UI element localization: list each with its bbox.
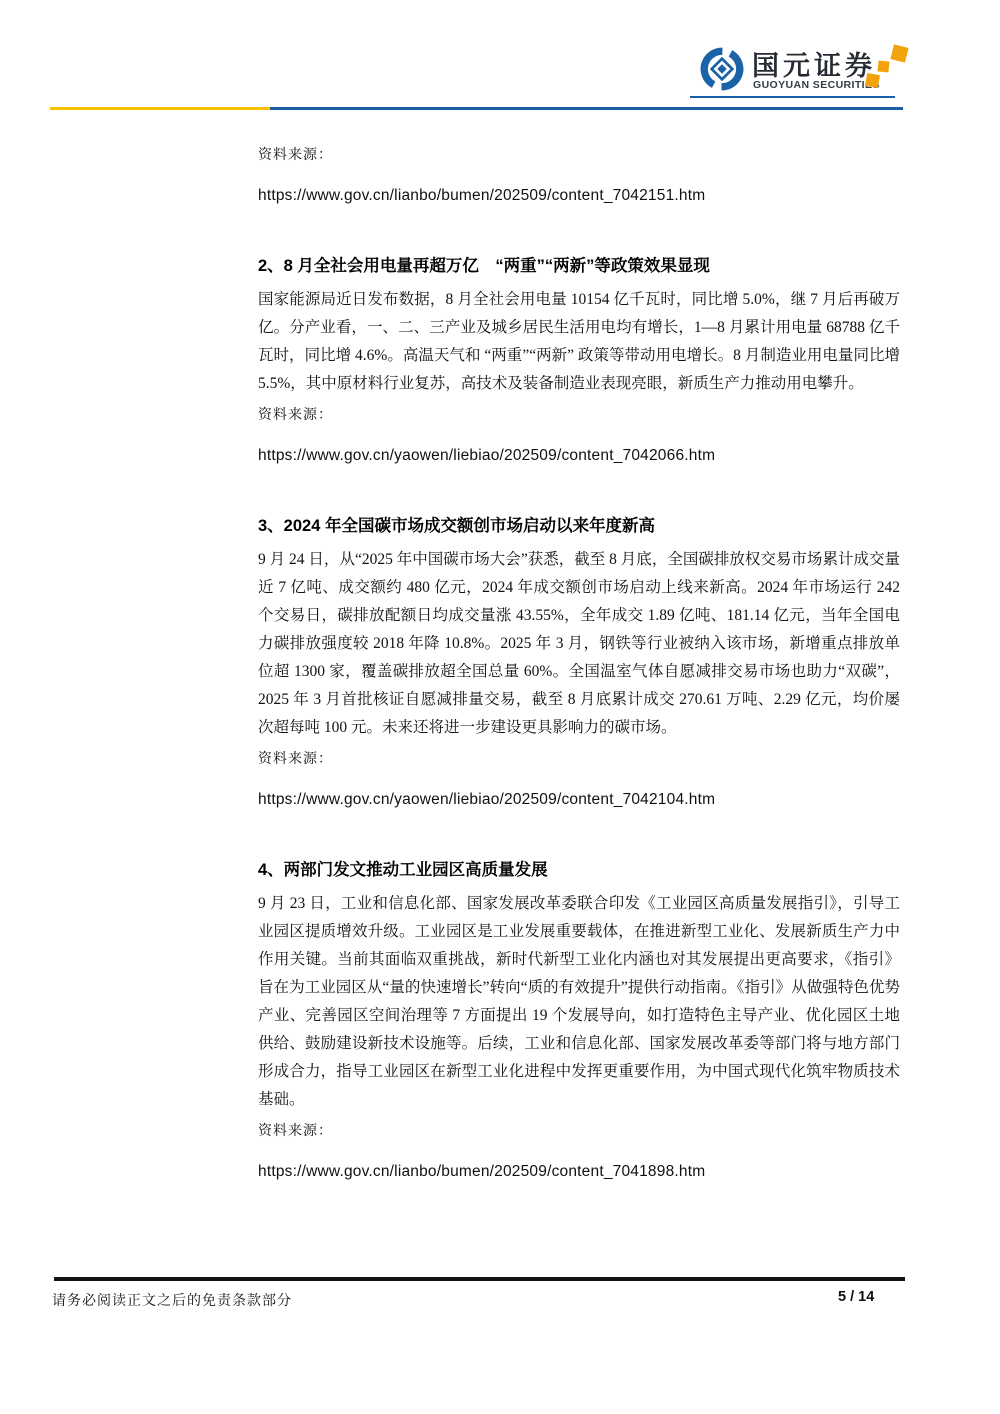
section-paragraph: 9 月 23 日，工业和信息化部、国家发展改革委联合印发《工业园区高质量发展指引… <box>258 890 900 1114</box>
source-label: 资料来源： <box>258 1122 900 1142</box>
section-heading: 2、8 月全社会用电量再超万亿 “两重”“两新”等政策效果显现 <box>258 254 900 278</box>
source-label: 资料来源： <box>258 406 900 426</box>
footer-disclaimer: 请务必阅读正文之后的免责条款部分 <box>52 1290 292 1310</box>
source-url-link[interactable]: https://www.gov.cn/yaowen/liebiao/202509… <box>258 446 900 466</box>
source-label: 资料来源： <box>258 146 900 166</box>
section-heading: 4、两部门发文推动工业园区高质量发展 <box>258 858 900 882</box>
report-body: 资料来源： https://www.gov.cn/lianbo/bumen/20… <box>258 0 900 1182</box>
section-paragraph: 国家能源局近日发布数据，8 月全社会用电量 10154 亿千瓦时，同比增 5.0… <box>258 286 900 398</box>
section-heading: 3、2024 年全国碳市场成交额创市场启动以来年度新高 <box>258 514 900 538</box>
source-url-link[interactable]: https://www.gov.cn/lianbo/bumen/202509/c… <box>258 186 900 206</box>
header-rule-gold <box>50 107 270 110</box>
page-number: 5 / 14 <box>838 1289 874 1305</box>
section-paragraph: 9 月 24 日，从“2025 年中国碳市场大会”获悉，截至 8 月底，全国碳排… <box>258 546 900 742</box>
footer-rule <box>54 1277 905 1281</box>
report-page: 国元证券 GUOYUAN SECURITIES 资料来源： https://ww… <box>0 0 1000 1414</box>
source-url-link[interactable]: https://www.gov.cn/lianbo/bumen/202509/c… <box>258 1162 900 1182</box>
source-url-link[interactable]: https://www.gov.cn/yaowen/liebiao/202509… <box>258 790 900 810</box>
source-label: 资料来源： <box>258 750 900 770</box>
